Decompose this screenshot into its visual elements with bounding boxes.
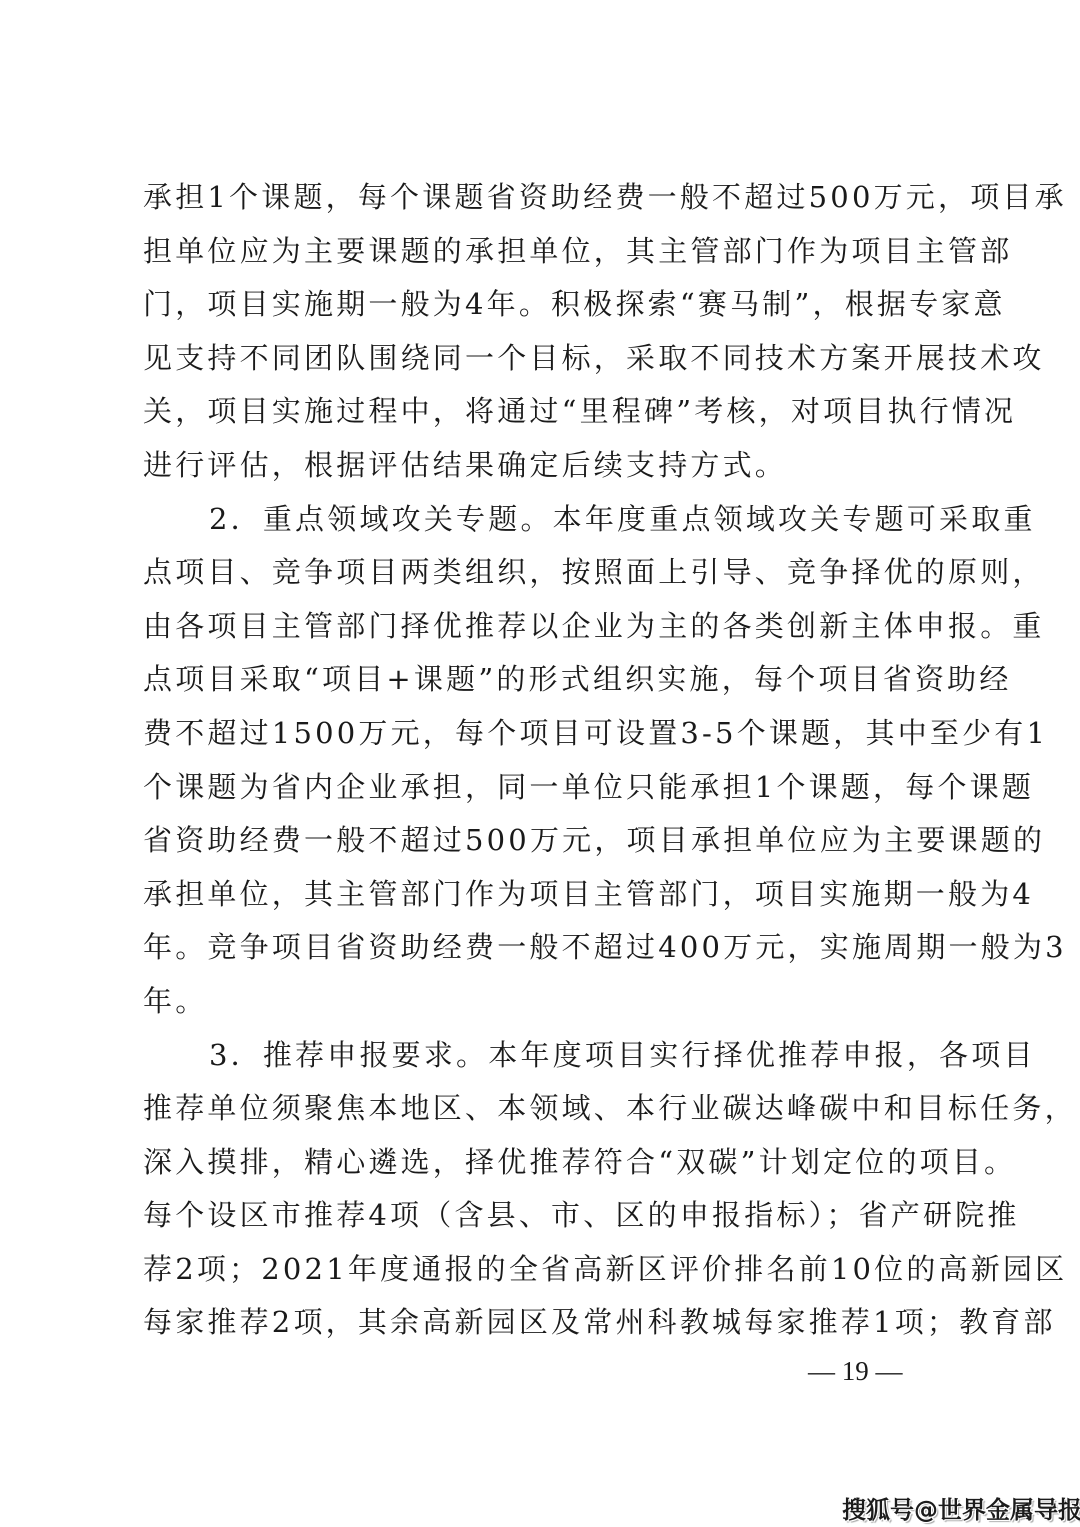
text-line: 门，项目实施期一般为4年。积极探索“赛马制”，根据专家意: [143, 278, 939, 332]
text-line: 承担单位，其主管部门作为项目主管部门，项目实施期一般为4: [143, 868, 939, 922]
text-line: 见支持不同团队围绕同一个目标，采取不同技术方案开展技术攻: [143, 332, 939, 386]
page-number: — 19 —: [808, 1356, 903, 1387]
text-line: 省资助经费一般不超过500万元，项目承担单位应为主要课题的: [143, 814, 939, 868]
text-line: 进行评估，根据评估结果确定后续支持方式。: [143, 439, 939, 493]
paragraph-continued: 承担1个课题，每个课题省资助经费一般不超过500万元，项目承 担单位应为主要课题…: [143, 171, 939, 493]
text-line: 关，项目实施过程中，将通过“里程碑”考核，对项目执行情况: [143, 385, 939, 439]
paragraph-key-areas: 2．重点领域攻关专题。本年度重点领域攻关专题可采取重 点项目、竞争项目两类组织，…: [143, 493, 939, 1029]
text-line: 每家推荐2项，其余高新园区及常州科教城每家推荐1项；教育部: [143, 1296, 939, 1350]
text-line: 2．重点领域攻关专题。本年度重点领域攻关专题可采取重: [143, 493, 939, 547]
text-line: 年。: [143, 975, 939, 1029]
text-line: 年。竞争项目省资助经费一般不超过400万元，实施周期一般为3: [143, 921, 939, 975]
text-line: 费不超过1500万元，每个项目可设置3-5个课题，其中至少有1: [143, 707, 939, 761]
text-line: 深入摸排，精心遴选，择优推荐符合“双碳”计划定位的项目。: [143, 1136, 939, 1190]
text-line: 担单位应为主要课题的承担单位，其主管部门作为项目主管部: [143, 225, 939, 279]
text-line: 点项目、竞争项目两类组织，按照面上引导、竞争择优的原则，: [143, 546, 939, 600]
watermark: 搜狐号@世界金属导报: [842, 1490, 1080, 1525]
text-line: 荐2项；2021年度通报的全省高新区评价排名前10位的高新园区: [143, 1243, 939, 1297]
text-line: 个课题为省内企业承担，同一单位只能承担1个课题，每个课题: [143, 761, 939, 815]
paragraph-recommendation: 3．推荐申报要求。本年度项目实行择优推荐申报，各项目 推荐单位须聚焦本地区、本领…: [143, 1029, 939, 1351]
text-line: 承担1个课题，每个课题省资助经费一般不超过500万元，项目承: [143, 171, 939, 225]
text-line: 推荐单位须聚焦本地区、本领域、本行业碳达峰碳中和目标任务，: [143, 1082, 939, 1136]
text-line: 每个设区市推荐4项（含县、市、区的申报指标）；省产研院推: [143, 1189, 939, 1243]
text-line: 3．推荐申报要求。本年度项目实行择优推荐申报，各项目: [143, 1029, 939, 1083]
text-line: 点项目采取“项目+课题”的形式组织实施，每个项目省资助经: [143, 653, 939, 707]
text-line: 由各项目主管部门择优推荐以企业为主的各类创新主体申报。重: [143, 600, 939, 654]
document-page: 承担1个课题，每个课题省资助经费一般不超过500万元，项目承 担单位应为主要课题…: [0, 0, 1080, 1527]
document-body: 承担1个课题，每个课题省资助经费一般不超过500万元，项目承 担单位应为主要课题…: [143, 171, 939, 1350]
